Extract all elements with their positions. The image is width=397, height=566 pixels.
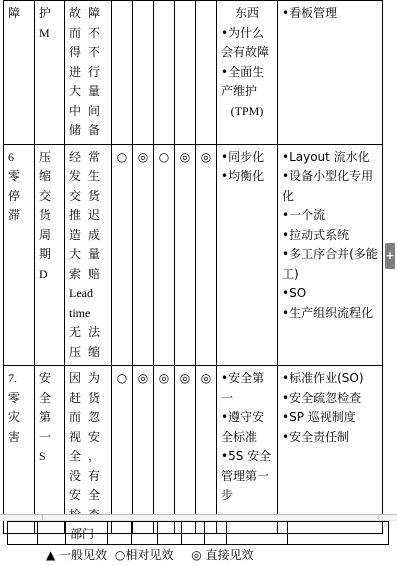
- category-text: 灾: [8, 408, 30, 428]
- page-corner-marker: [378, 514, 389, 520]
- code-text: 交: [39, 187, 60, 207]
- method-text: •一个流: [282, 206, 378, 226]
- problem-text: Lead: [69, 284, 107, 304]
- approach-text: (TPM): [221, 102, 273, 122]
- code-text: 护: [39, 4, 60, 24]
- category-cell: 7. 零 灾 害: [4, 366, 35, 534]
- table-row-zero-stagnation: 6 零 停 滞 压 缩 交 货 周 期 D 经常发生交货推迟造成大量索赔 Lea…: [4, 144, 383, 366]
- code-cell: 压 缩 交 货 周 期 D: [35, 144, 65, 366]
- problem-text: time: [69, 304, 107, 324]
- improvement-table: 障 护 M 故障而不得不进行大量中间储备 东西 •为什么会有故障 •全面生产维护…: [3, 0, 383, 534]
- legend-direct-effect: ◎ 直接见效: [191, 548, 253, 562]
- method-text: •安全责任制: [282, 428, 378, 448]
- symbol-cell: [154, 1, 175, 145]
- approach-text: •遵守安全标准: [221, 408, 273, 447]
- symbol-cell: [112, 1, 133, 145]
- footer-cell: [132, 522, 158, 545]
- table-row-continued: 障 护 M 故障而不得不进行大量中间储备 东西 •为什么会有故障 •全面生产维护…: [4, 1, 383, 145]
- symbol-cell: [196, 1, 217, 145]
- approach-cell: •安全第一 •遵守安全标准 •5S 安全管理第一步: [217, 366, 278, 534]
- problem-text: 故障而不得不进行大量中间储备: [69, 6, 107, 137]
- problem-text: 因为赶货而忽视安全，没有安全检查: [69, 369, 107, 525]
- footer-cell: [288, 522, 389, 545]
- symbol-cell: ◎: [196, 144, 217, 366]
- category-text: 害: [8, 428, 30, 448]
- code-text: 货: [39, 206, 60, 226]
- legend-relative-effect: ○相对见效: [115, 548, 173, 562]
- approach-text: •均衡化: [221, 167, 273, 187]
- direct-effect-icon: ◎: [180, 371, 190, 385]
- category-text: 停: [8, 187, 30, 207]
- legend: ▲ 一般见效 ○相对见效 ◎ 直接见效: [46, 546, 257, 563]
- page-break-separator: [0, 514, 397, 521]
- problem-cell: 经常发生交货推迟造成大量索赔 Lead time 无法压缩: [65, 144, 112, 366]
- method-cell: •Layout 流水化 •设备小型化专用化 •一个流 •拉动式系统 •多工序合并…: [278, 144, 383, 366]
- approach-text: •5S 安全管理第一步: [221, 447, 273, 506]
- code-text: 全: [39, 389, 60, 409]
- direct-effect-icon: ◎: [159, 371, 169, 385]
- method-text: •生产组织流程化: [282, 304, 378, 324]
- approach-cell: •同步化 •均衡化: [217, 144, 278, 366]
- footer-table: 部门: [7, 521, 389, 545]
- symbol-cell: ◎: [133, 144, 154, 366]
- method-text: •多工序合并(多能工): [282, 245, 378, 284]
- method-text: •标准作业(SO): [282, 369, 378, 389]
- method-cell: •看板管理: [278, 1, 383, 145]
- code-text: 一: [39, 428, 60, 448]
- method-cell: •标准作业(SO) •安全疏忽检查 •SP 巡视制度 •安全责任制: [278, 366, 383, 534]
- category-cell: 6 零 停 滞: [4, 144, 35, 366]
- footer-cell: [108, 522, 132, 545]
- code-letter: D: [39, 265, 60, 285]
- symbol-cell: ○: [112, 144, 133, 366]
- method-text: •Layout 流水化: [282, 148, 378, 168]
- footer-cell: [158, 522, 182, 545]
- direct-effect-icon: ◎: [138, 371, 148, 385]
- direct-effect-icon: ◎: [201, 150, 211, 164]
- symbol-cell: ○: [154, 144, 175, 366]
- code-text: 周: [39, 226, 60, 246]
- problem-text: 经常发生交货推迟造成大量索赔: [69, 148, 107, 285]
- symbol-cell: ◎: [196, 366, 217, 534]
- code-text: 缩: [39, 167, 60, 187]
- table-row-footer: 部门: [8, 522, 389, 545]
- relative-effect-icon: ○: [117, 150, 127, 164]
- footer-cell: [227, 522, 288, 545]
- relative-effect-icon: ○: [159, 150, 169, 164]
- expand-handle-icon[interactable]: +: [385, 243, 395, 269]
- category-text: 滞: [8, 206, 30, 226]
- symbol-cell: ○: [112, 366, 133, 534]
- method-text: •设备小型化专用化: [282, 167, 378, 206]
- code-cell: 安 全 第 一 S: [35, 366, 65, 534]
- page-corner-marker: [32, 514, 43, 520]
- code-letter: M: [39, 24, 60, 44]
- category-text: 障: [8, 6, 20, 20]
- symbol-cell: [133, 1, 154, 145]
- symbol-cell: ◎: [175, 366, 196, 534]
- code-text: 第: [39, 408, 60, 428]
- approach-text: •全面生产维护: [221, 63, 273, 102]
- code-text: 安: [39, 369, 60, 389]
- code-letter: S: [39, 447, 60, 467]
- approach-text: •同步化: [221, 148, 273, 168]
- category-cell: 障: [4, 1, 35, 145]
- problem-cell: 故障而不得不进行大量中间储备: [65, 1, 112, 145]
- code-text: 压: [39, 148, 60, 168]
- table-row-zero-accident: 7. 零 灾 害 安 全 第 一 S 因为赶货而忽视安全，没有安全检查 ○ ◎ …: [4, 366, 383, 534]
- category-text: 零: [8, 167, 30, 187]
- footer-cell: [182, 522, 205, 545]
- direct-effect-icon: ◎: [201, 371, 211, 385]
- category-number: 7.: [8, 369, 30, 389]
- footer-cell: [205, 522, 227, 545]
- approach-text: 东西: [221, 4, 273, 24]
- problem-cell: 因为赶货而忽视安全，没有安全检查: [65, 366, 112, 534]
- footer-cell: [8, 522, 38, 545]
- method-text: •安全疏忽检查: [282, 389, 378, 409]
- problem-text: 无法压缩: [69, 323, 107, 362]
- approach-cell: 东西 •为什么会有故障 •全面生产维护 (TPM): [217, 1, 278, 145]
- approach-text: •为什么会有故障: [221, 24, 273, 63]
- approach-text: •安全第一: [221, 369, 273, 408]
- relative-effect-icon: ○: [117, 371, 127, 385]
- category-number: 6: [8, 148, 30, 168]
- category-text: 零: [8, 389, 30, 409]
- direct-effect-icon: ◎: [180, 150, 190, 164]
- method-text: •SO: [282, 284, 378, 304]
- method-text: •SP 巡视制度: [282, 408, 378, 428]
- symbol-cell: ◎: [154, 366, 175, 534]
- symbol-cell: [175, 1, 196, 145]
- method-text: •看板管理: [282, 4, 378, 24]
- symbol-cell: ◎: [175, 144, 196, 366]
- document-page: 障 护 M 故障而不得不进行大量中间储备 东西 •为什么会有故障 •全面生产维护…: [0, 0, 397, 566]
- footer-cell: [38, 522, 66, 545]
- symbol-cell: ◎: [133, 366, 154, 534]
- code-text: 期: [39, 245, 60, 265]
- method-text: •拉动式系统: [282, 226, 378, 246]
- direct-effect-icon: ◎: [138, 150, 148, 164]
- legend-general-effect: ▲ 一般见效: [46, 548, 107, 562]
- code-cell: 护 M: [35, 1, 65, 145]
- footer-cell-department: 部门: [66, 522, 108, 545]
